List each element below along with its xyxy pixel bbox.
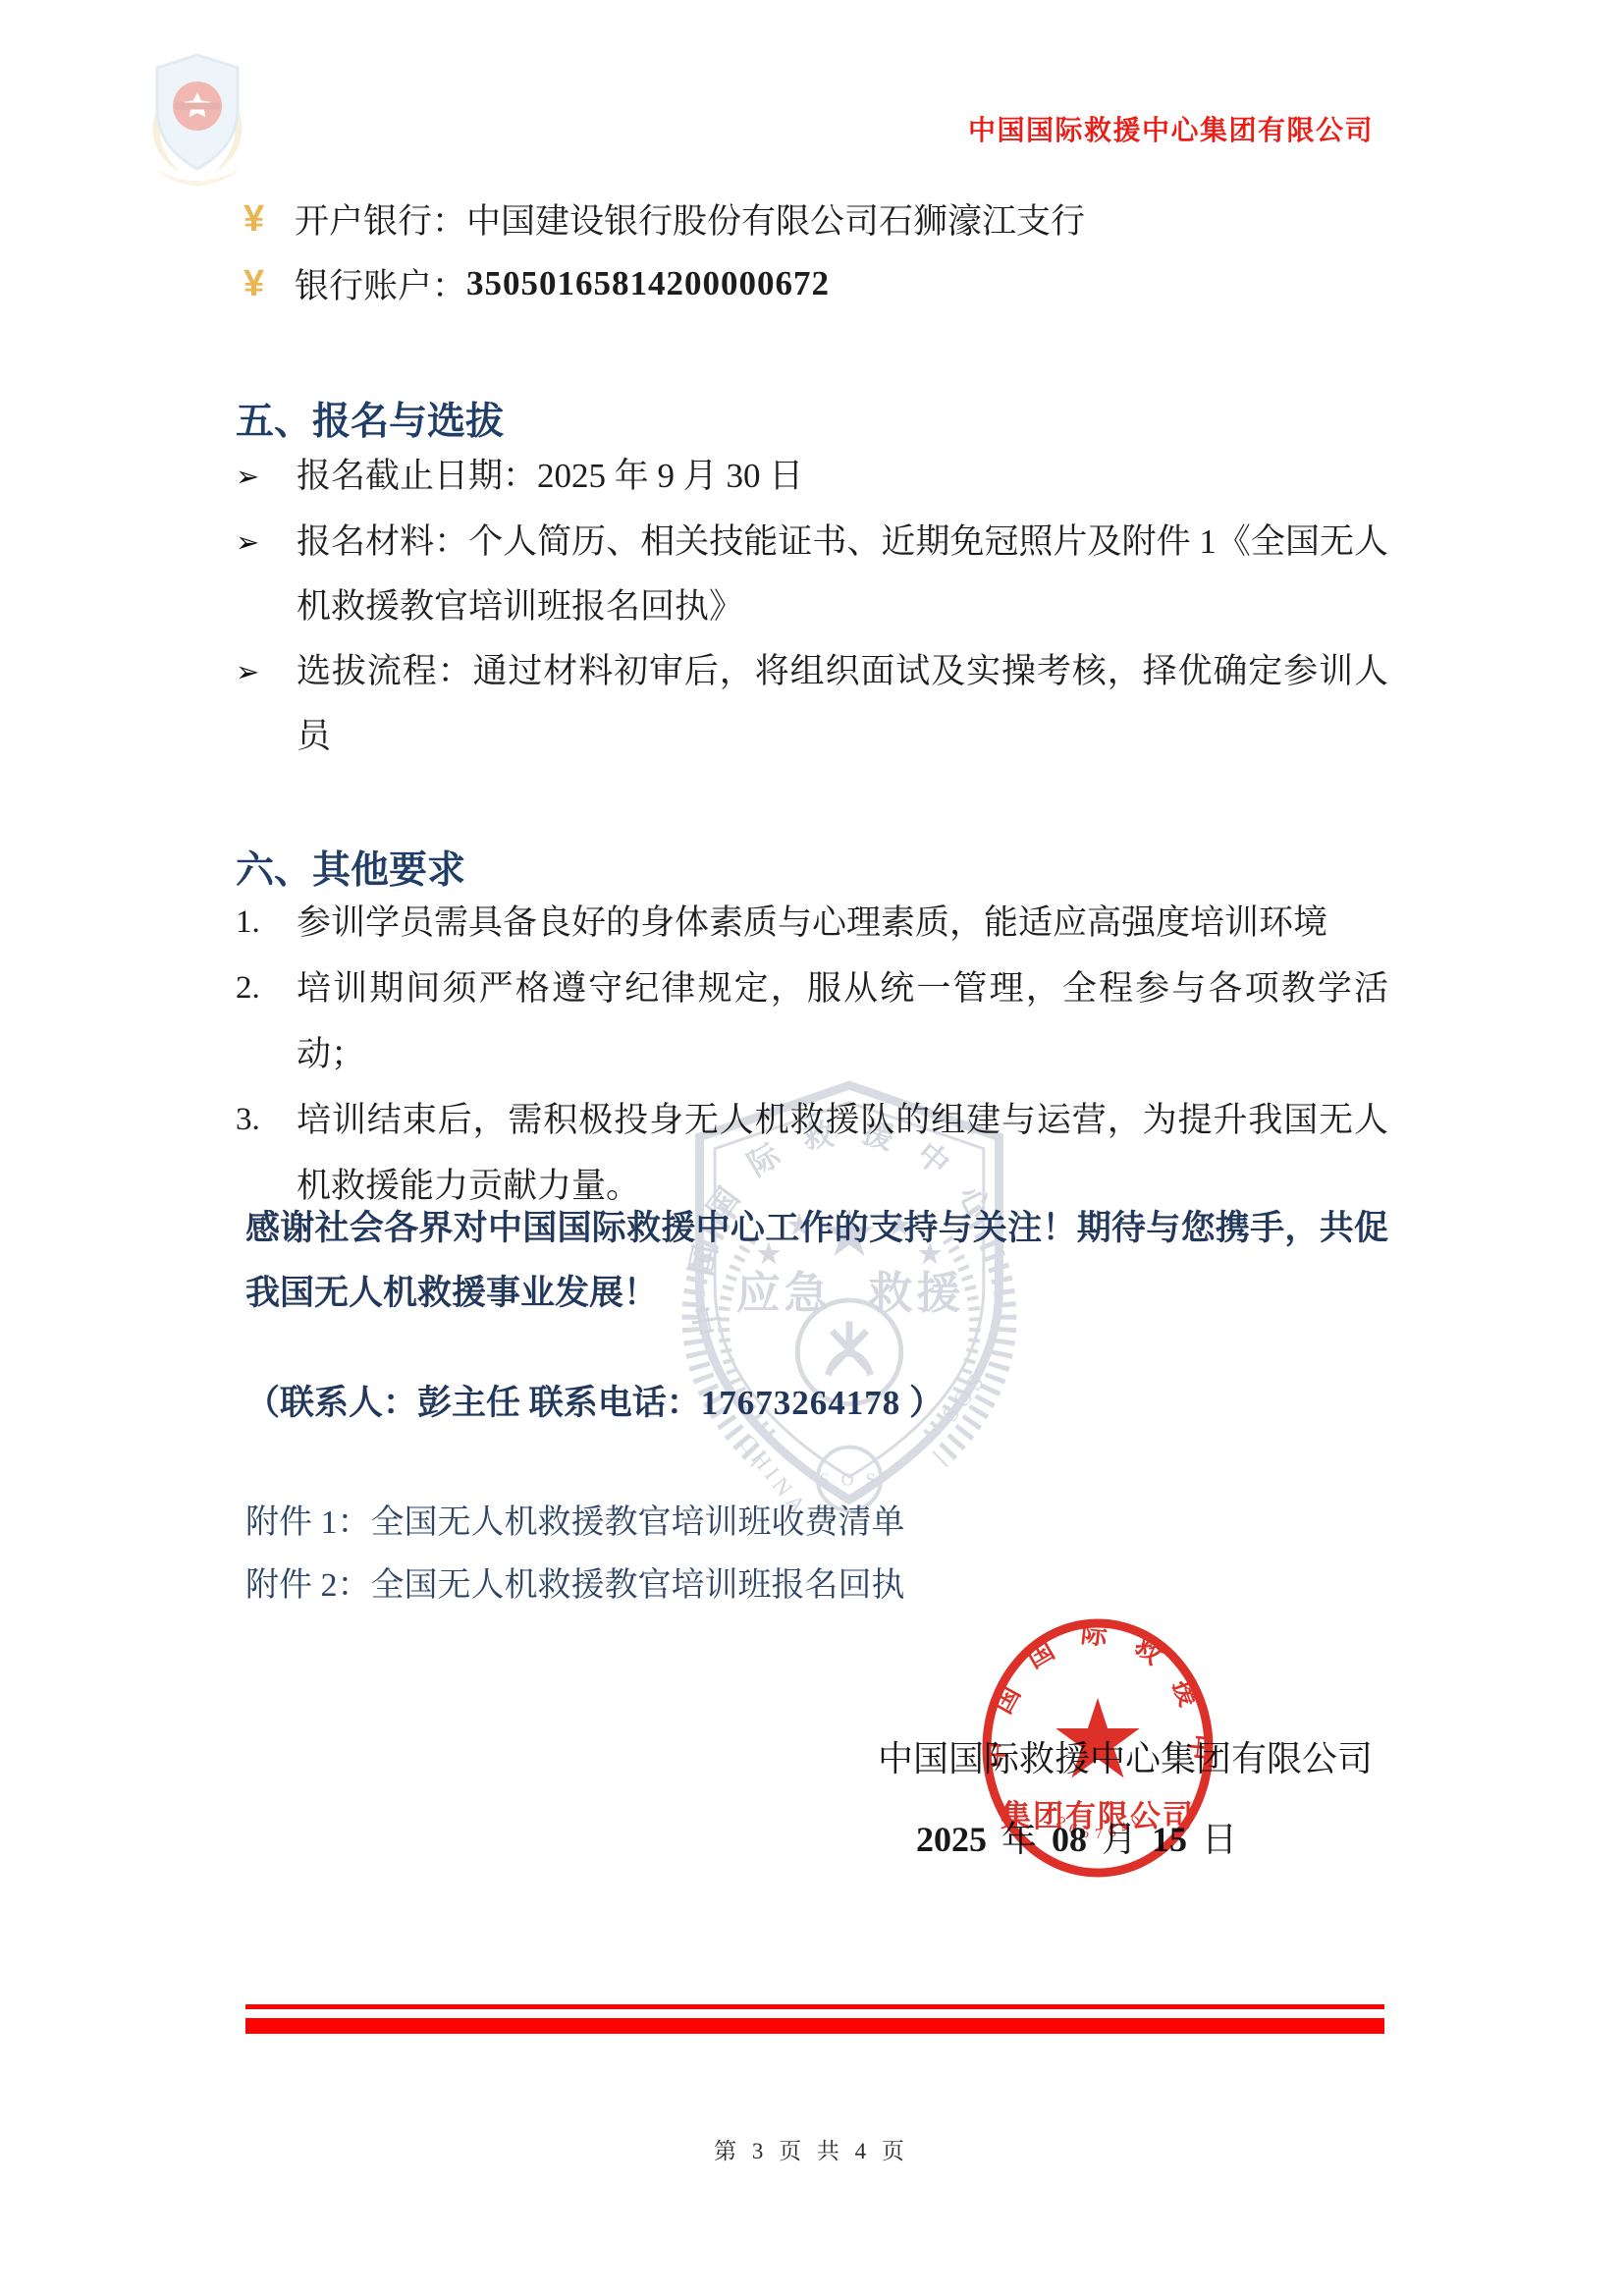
bank-label: 开户银行：	[295, 194, 466, 244]
org-logo	[137, 43, 257, 189]
bank-row-account: ¥ 银行账户： 35050165814200000672	[243, 251, 1388, 316]
list-item: ➢ 选拔流程：通过材料初审后，将组织面试及实操考核，择优确定参训人员	[236, 639, 1388, 769]
item-text: 参训学员需具备良好的身体素质与心理素质，能适应高强度培训环境	[297, 890, 1388, 956]
watermark-bottom-sos: S O S	[820, 1470, 880, 1490]
attachments: 附件 1：全国无人机救援教官培训班收费清单 附件 2：全国无人机救援教官培训班报…	[245, 1492, 905, 1617]
thanks-paragraph: 感谢社会各界对中国国际救援中心工作的支持与关注！期待与您携手，共促我国无人机救援…	[245, 1196, 1388, 1326]
section6-heading: 六、其他要求	[236, 840, 465, 895]
red-rule-thin	[245, 2004, 1384, 2009]
bullet-text: 报名截止日期：2025 年 9 月 30 日	[297, 444, 1388, 510]
item-text: 培训期间须严格遵守纪律规定，服从统一管理，全程参与各项教学活动；	[297, 956, 1388, 1087]
list-number: 2.	[236, 956, 297, 1087]
list-item: 2. 培训期间须严格遵守纪律规定，服从统一管理，全程参与各项教学活动；	[236, 956, 1388, 1087]
contact-prefix: （联系人：彭主任 联系电话：	[245, 1384, 701, 1422]
seal-star-icon	[1055, 1698, 1140, 1777]
list-item: 1. 参训学员需具备良好的身体素质与心理素质，能适应高强度培训环境	[236, 890, 1388, 956]
arrow-bullet-icon: ➢	[236, 510, 297, 639]
bank-account-number: 35050165814200000672	[466, 264, 830, 303]
date-year: 2025	[916, 1820, 987, 1859]
page-footer: 第 3 页 共 4 页	[0, 2133, 1623, 2165]
contact-suffix: ）	[900, 1384, 944, 1422]
contact-line: （联系人：彭主任 联系电话：17673264178 ）	[245, 1371, 944, 1436]
bank-row-opening-bank: ¥ 开户银行： 中国建设银行股份有限公司石狮濠江支行	[243, 187, 1388, 251]
document-page: 中国国际救援中心集团有限公司 中国国际救援中心 应急 救援	[0, 0, 1623, 2296]
svg-text:中国国际救援中心: 中国国际救援中心	[978, 1614, 1215, 1787]
arrow-bullet-icon: ➢	[236, 639, 297, 769]
arrow-bullet-icon: ➢	[236, 444, 297, 510]
yen-icon: ¥	[243, 263, 295, 305]
list-item: ➢ 报名材料：个人简历、相关技能证书、近期免冠照片及附件 1《全国无人机救援教官…	[236, 510, 1388, 639]
company-seal-stamp: 中国国际救援中心 集团有限公司 2657640	[978, 1614, 1217, 1882]
bank-label: 银行账户：	[295, 259, 466, 308]
list-number: 1.	[236, 890, 297, 956]
section5-bullet-list: ➢ 报名截止日期：2025 年 9 月 30 日 ➢ 报名材料：个人简历、相关技…	[236, 444, 1388, 769]
contact-phone: 17673264178	[701, 1384, 901, 1422]
bank-info: ¥ 开户银行： 中国建设银行股份有限公司石狮濠江支行 ¥ 银行账户： 35050…	[243, 187, 1388, 316]
red-rule-thick	[245, 2018, 1384, 2034]
yen-icon: ¥	[243, 198, 295, 241]
list-item: ➢ 报名截止日期：2025 年 9 月 30 日	[236, 444, 1388, 510]
attachment-2: 附件 2：全国无人机救援教官培训班报名回执	[245, 1555, 905, 1617]
section5-heading: 五、报名与选拔	[236, 391, 504, 446]
section6-numbered-list: 1. 参训学员需具备良好的身体素质与心理素质，能适应高强度培训环境 2. 培训期…	[236, 890, 1388, 1219]
attachment-1: 附件 1：全国无人机救援教官培训班收费清单	[245, 1492, 905, 1555]
bank-value: 中国建设银行股份有限公司石狮濠江支行	[466, 194, 1085, 244]
bullet-text: 选拔流程：通过材料初审后，将组织面试及实操考核，择优确定参训人员	[297, 639, 1388, 769]
bullet-text: 报名材料：个人简历、相关技能证书、近期免冠照片及附件 1《全国无人机救援教官培训…	[297, 510, 1388, 639]
seal-arc-text: 中国国际救援中心	[978, 1614, 1215, 1787]
header-company-name: 中国国际救援中心集团有限公司	[968, 109, 1374, 148]
